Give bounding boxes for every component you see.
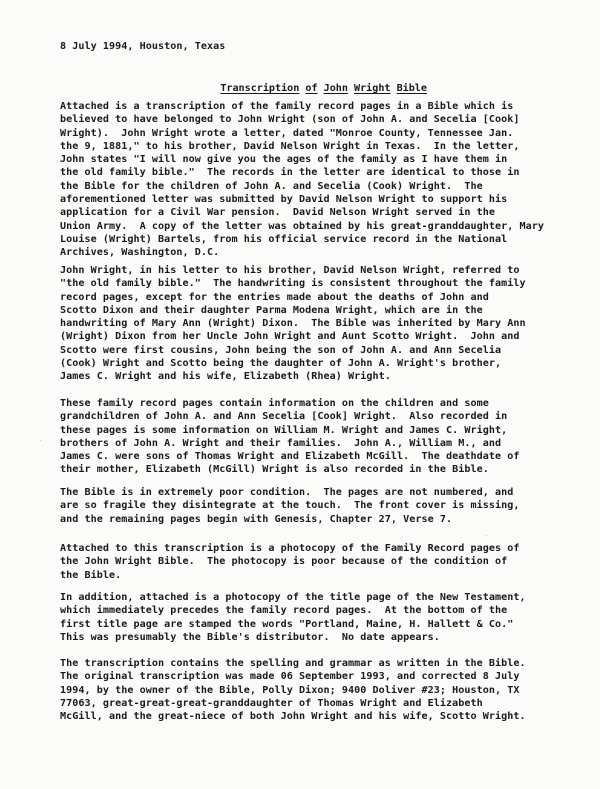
text-line: are so fragile they disintegrate at the …	[60, 499, 590, 512]
title-word: of	[305, 83, 317, 94]
paragraph-4: The Bible is in extremely poor condition…	[60, 486, 590, 526]
text-line: Archives, Washington, D.C.	[60, 246, 590, 259]
text-line: The original transcription was made 06 S…	[60, 670, 590, 683]
text-line: the 9, 1881," to his brother, David Nels…	[60, 140, 590, 153]
text-line: These family record pages contain inform…	[60, 397, 590, 410]
text-line: John Wright, in his letter to his brothe…	[60, 264, 590, 277]
text-line: John states "I will now give you the age…	[60, 153, 590, 166]
paragraph-2: John Wright, in his letter to his brothe…	[60, 264, 590, 384]
text-line: (Cook) Wright and Scotto being the daugh…	[60, 357, 590, 370]
paragraph-5: Attached to this transcription is a phot…	[60, 542, 590, 582]
text-line: Union Army. A copy of the letter was obt…	[60, 220, 590, 233]
text-line: handwriting of Mary Ann (Wright) Dixon. …	[60, 317, 590, 330]
text-line: the John Wright Bible. The photocopy is …	[60, 555, 590, 568]
title-word: Bible	[397, 83, 427, 94]
text-line: 1994, by the owner of the Bible, Polly D…	[60, 684, 590, 697]
date-location-line: 8 July 1994, Houston, Texas	[60, 41, 225, 52]
text-line: This was presumably the Bible's distribu…	[60, 631, 590, 644]
text-line: the old family bible." The records in th…	[60, 166, 590, 179]
paragraph-7: The transcription contains the spelling …	[60, 657, 590, 723]
text-line: their mother, Elizabeth (McGill) Wright …	[60, 463, 590, 476]
text-line: these pages is some information on Willi…	[60, 424, 590, 437]
text-line: Wright). John Wright wrote a letter, dat…	[60, 127, 590, 140]
text-line: the Bible.	[60, 569, 590, 582]
text-line: first title page are stamped the words "…	[60, 618, 590, 631]
text-line: aforementioned letter was submitted by D…	[60, 193, 590, 206]
text-line: The Bible is in extremely poor condition…	[60, 486, 590, 499]
text-line: Louise (Wright) Bartels, from his offici…	[60, 233, 590, 246]
text-line: "the old family bible." The handwriting …	[60, 277, 590, 290]
text-line: The transcription contains the spelling …	[60, 657, 590, 670]
paragraph-6: In addition, attached is a photocopy of …	[60, 591, 590, 644]
text-line: record pages, except for the entries mad…	[60, 291, 590, 304]
text-line: 77063, great-great-great-granddaughter o…	[60, 697, 590, 710]
title-word: Wright	[354, 83, 390, 94]
text-line: Attached is a transcription of the famil…	[60, 100, 590, 113]
paragraph-1: Attached is a transcription of the famil…	[60, 100, 590, 260]
title-word: Transcription	[220, 83, 299, 94]
document-page: 8 July 1994, Houston, Texas Transcriptio…	[0, 0, 600, 789]
text-line: Scotto Dixon and their daughter Parma Mo…	[60, 304, 590, 317]
text-line: believed to have belonged to John Wright…	[60, 113, 590, 126]
text-line: grandchildren of John A. and Ann Secelia…	[60, 410, 590, 423]
scan-speck	[40, 440, 41, 441]
text-line: James C. Wright and his wife, Elizabeth …	[60, 370, 590, 383]
text-line: application for a Civil War pension. Dav…	[60, 206, 590, 219]
text-line: James C. were sons of Thomas Wright and …	[60, 450, 590, 463]
text-line: Attached to this transcription is a phot…	[60, 542, 590, 555]
text-line: the Bible for the children of John A. an…	[60, 180, 590, 193]
text-line: McGill, and the great-niece of both John…	[60, 710, 590, 723]
scan-speck	[486, 535, 487, 536]
text-line: which immediately precedes the family re…	[60, 604, 590, 617]
text-line: (Wright) Dixon from her Uncle John Wrigh…	[60, 330, 590, 343]
paragraph-3: These family record pages contain inform…	[60, 397, 590, 477]
text-line: and the remaining pages begin with Genes…	[60, 513, 590, 526]
text-line: In addition, attached is a photocopy of …	[60, 591, 590, 604]
title-word: John	[324, 83, 348, 94]
text-line: brothers of John A. Wright and their fam…	[60, 437, 590, 450]
text-line: Scotto were first cousins, John being th…	[60, 344, 590, 357]
